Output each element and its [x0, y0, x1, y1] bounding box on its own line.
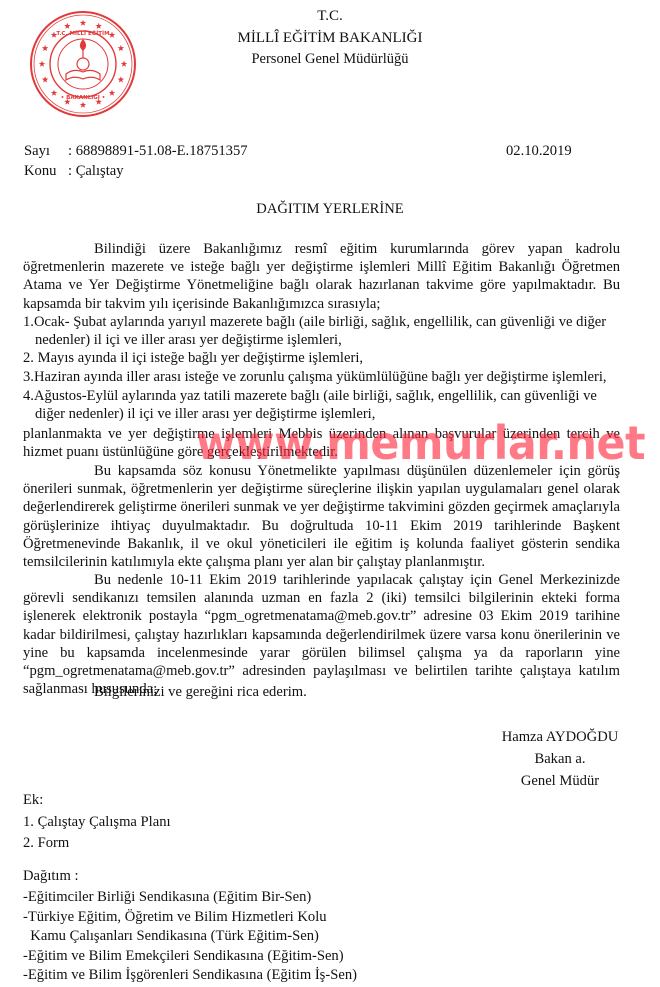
signatory-on-behalf: Bakan a.: [480, 748, 640, 770]
after-list-paragraph: planlanmakta ve yer değiştirme işlemleri…: [23, 425, 620, 461]
country-label: T.C.: [200, 6, 460, 26]
ministry-name: MİLLÎ EĞİTİM BAKANLIĞI: [200, 28, 460, 48]
department-name: Personel Genel Müdürlüğü: [200, 49, 460, 69]
list-item-continuation: diğer nedenler) il içi ve iller arası ye…: [23, 405, 620, 423]
distribution-item: -Eğitimciler Birliği Sendikasına (Eğitim…: [23, 888, 311, 908]
intro-paragraph: Bilindiği üzere Bakanlığımız resmî eğiti…: [23, 240, 620, 313]
list-item: 3.Haziran ayında iller arası isteğe ve z…: [23, 368, 620, 386]
paragraph-2: Bu kapsamda söz konusu Yönetmelikte yapı…: [23, 462, 620, 571]
list-item-text: 1.Ocak- Şubat aylarında yarıyıl mazerete…: [23, 314, 606, 330]
paragraph-3: Bu nedenle 10-11 Ekim 2019 tarihlerinde …: [23, 571, 620, 698]
closing-sentence: Bilgilerinizi ve gereğini rica ederim.: [23, 683, 620, 701]
svg-text:T.C. MİLLİ EĞİTİM: T.C. MİLLİ EĞİTİM: [56, 30, 109, 37]
list-item-text: 2. Mayıs ayında il içi isteğe bağlı yer …: [23, 350, 363, 366]
document-number-row: Sayı: 68898891-51.08-E.18751357: [24, 141, 248, 161]
attachment-item: 1. Çalıştay Çalışma Planı: [23, 812, 171, 832]
svg-text:• BAKANLIĞI •: • BAKANLIĞI •: [61, 94, 106, 101]
attachment-item: 2. Form: [23, 833, 69, 853]
list-item-continuation: nedenler) il içi ve iller arası yer deği…: [23, 331, 620, 349]
distribution-item: -Türkiye Eğitim, Öğretim ve Bilim Hizmet…: [23, 908, 327, 928]
subject-label: Konu: [24, 161, 68, 181]
distribution-item: -Eğitim ve Bilim Emekçileri Sendikasına …: [23, 947, 344, 967]
list-item-text: 3.Haziran ayında iller arası isteğe ve z…: [23, 369, 607, 385]
list-item: 2. Mayıs ayında il içi isteğe bağlı yer …: [23, 349, 620, 367]
number-value: : 68898891-51.08-E.18751357: [68, 143, 248, 159]
subject-value: : Çalıştay: [68, 163, 124, 179]
signatory-name: Hamza AYDOĞDU: [480, 726, 640, 748]
distribution-label: Dağıtım :: [23, 867, 79, 887]
subject-row: Konu: Çalıştay: [24, 161, 124, 181]
document-title: DAĞITIM YERLERİNE: [0, 201, 660, 218]
ministry-seal-icon: T.C. MİLLİ EĞİTİM • BAKANLIĞI •: [28, 8, 138, 120]
list-item: 1.Ocak- Şubat aylarında yarıyıl mazerete…: [23, 313, 620, 349]
document-date: 02.10.2019: [506, 141, 572, 161]
list-item: 4.Ağustos-Eylül aylarında yaz tatili maz…: [23, 387, 620, 423]
number-label: Sayı: [24, 141, 68, 161]
distribution-item: Kamu Çalışanları Sendikasına (Türk Eğiti…: [23, 927, 319, 947]
list-item-text: 4.Ağustos-Eylül aylarında yaz tatili maz…: [23, 388, 597, 404]
signatory-role: Genel Müdür: [480, 770, 640, 792]
distribution-item: -Eğitim ve Bilim İşgörenleri Sendikasına…: [23, 966, 357, 986]
attachments-label: Ek:: [23, 790, 43, 810]
